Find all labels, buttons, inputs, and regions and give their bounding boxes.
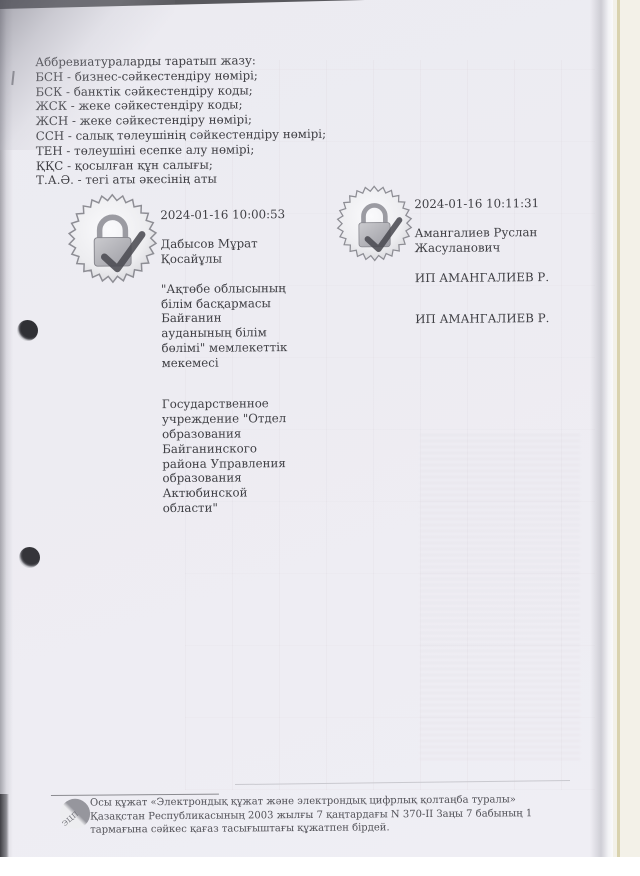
- scanner-edge-line: [617, 0, 620, 858]
- folded-corner-shadow: [0, 0, 175, 150]
- organization-ru: ИП АМАНГАЛИЕВ Р.: [415, 311, 573, 327]
- signature-block-1: 2024-01-16 10:00:53 Дабысов Мұрат Қосайұ…: [160, 192, 297, 531]
- footer-legal-note: ЭЦП Осы құжат «Электрондық құжат және эл…: [3, 789, 616, 794]
- digital-signature-seal-icon: [335, 184, 414, 263]
- signer-name: Дабысов Мұрат Қосайұлы: [161, 236, 295, 267]
- scan-bottom-left-edge: [0, 794, 9, 857]
- organization-ru: Государственное учреждение "Отдел образо…: [162, 396, 297, 515]
- page-right-edge-shadow: [590, 0, 613, 857]
- digital-signature-seal-icon: [66, 192, 159, 285]
- scanned-paper-page: Аббревиатураларды таратып жазу: БСН - би…: [0, 0, 613, 857]
- signer-name: Амангалиев Руслан Жасуланович: [414, 225, 572, 256]
- hole-punch-bottom: [19, 547, 40, 568]
- scan-bottom-strip: [0, 857, 640, 876]
- organization-kk: ИП АМАНГАЛИЕВ Р.: [415, 270, 573, 286]
- signature-timestamp: 2024-01-16 10:00:53: [160, 207, 294, 223]
- abbreviation-item: Т.А.Ә. - тегі аты әкесінің аты: [36, 171, 326, 188]
- ecp-stamp-icon: ЭЦП: [60, 799, 90, 829]
- signature-block-2: 2024-01-16 10:11:31 Амангалиев Руслан Жа…: [414, 181, 573, 342]
- hole-punch-top: [17, 320, 38, 341]
- signature-timestamp: 2024-01-16 10:11:31: [414, 196, 572, 212]
- organization-kk: "Ақтөбе облысының білім басқармасы Байға…: [161, 281, 296, 371]
- footer-text: Осы құжат «Электрондық құжат және электр…: [90, 793, 545, 837]
- ecp-icon-label: ЭЦП: [61, 810, 81, 828]
